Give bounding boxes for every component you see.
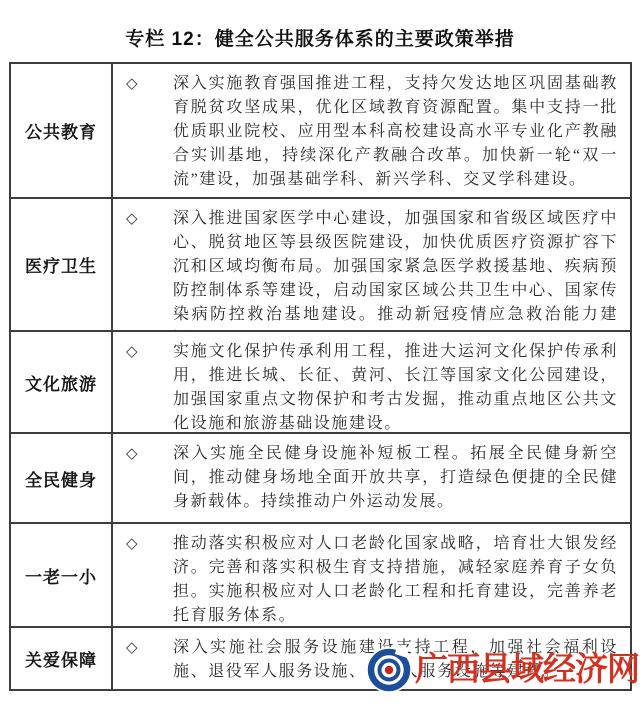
row-label: 全民健身: [11, 434, 113, 522]
watermark-text: 广西县域经济网: [415, 646, 639, 694]
table-row: 医疗卫生 ◇ 深入推进国家医学中心建设，加强国家和省级区域医疗中心、脱贫地区等县…: [11, 199, 630, 332]
row-label: 公共教育: [11, 64, 113, 197]
row-content: ◇ 深入实施全民健身设施补短板工程。拓展全民健身新空间，推动健身场地全面开放共享…: [113, 434, 630, 522]
row-text: 深入实施全民健身设施补短板工程。拓展全民健身新空间，推动健身场地全面开放共享，打…: [173, 442, 618, 514]
page-title: 专栏 12：健全公共服务体系的主要政策举措: [0, 24, 640, 51]
row-text: 深入推进国家医学中心建设，加强国家和省级区域医疗中心、脱贫地区等县级医院建设，加…: [173, 207, 618, 332]
row-content: ◇ 推动落实积极应对人口老龄化国家战略，培育壮大银发经济。完善和落实积极生育支持…: [113, 524, 630, 626]
diamond-bullet-icon: ◇: [126, 207, 140, 231]
document-page: 专栏 12：健全公共服务体系的主要政策举措 公共教育 ◇ 深入实施教育强国推进工…: [0, 0, 640, 709]
row-content: ◇ 深入推进国家医学中心建设，加强国家和省级区域医疗中心、脱贫地区等县级医院建设…: [113, 199, 630, 330]
row-label: 关爱保障: [11, 628, 113, 689]
diamond-bullet-icon: ◇: [126, 340, 140, 364]
policy-table: 公共教育 ◇ 深入实施教育强国推进工程，支持欠发达地区巩固基础教育脱贫攻坚成果，…: [9, 62, 632, 691]
row-text: 推动落实积极应对人口老龄化国家战略，培育壮大银发经济。完善和落实积极生育支持措施…: [173, 532, 618, 628]
table-row: 文化旅游 ◇ 实施文化保护传承利用工程，推进大运河文化保护传承利用，推进长城、长…: [11, 332, 630, 434]
site-watermark: 广西县域经济网: [366, 646, 639, 694]
row-label: 文化旅游: [11, 332, 113, 432]
watermark-rings-logo-icon: [366, 646, 414, 694]
row-text: 实施文化保护传承利用工程，推进大运河文化保护传承利用，推进长城、长征、黄河、长江…: [173, 340, 618, 434]
row-label: 一老一小: [11, 524, 113, 626]
row-text: 深入实施教育强国推进工程，支持欠发达地区巩固基础教育脱贫攻坚成果，优化区域教育资…: [173, 72, 618, 192]
row-content: ◇ 实施文化保护传承利用工程，推进大运河文化保护传承利用，推进长城、长征、黄河、…: [113, 332, 630, 432]
diamond-bullet-icon: ◇: [126, 72, 140, 96]
row-label: 医疗卫生: [11, 199, 113, 330]
diamond-bullet-icon: ◇: [126, 532, 140, 556]
table-row: 全民健身 ◇ 深入实施全民健身设施补短板工程。拓展全民健身新空间，推动健身场地全…: [11, 434, 630, 524]
row-content: ◇ 深入实施教育强国推进工程，支持欠发达地区巩固基础教育脱贫攻坚成果，优化区域教…: [113, 64, 630, 197]
table-row: 公共教育 ◇ 深入实施教育强国推进工程，支持欠发达地区巩固基础教育脱贫攻坚成果，…: [11, 64, 630, 199]
table-row: 一老一小 ◇ 推动落实积极应对人口老龄化国家战略，培育壮大银发经济。完善和落实积…: [11, 524, 630, 628]
diamond-bullet-icon: ◇: [126, 442, 140, 466]
diamond-bullet-icon: ◇: [126, 636, 140, 660]
